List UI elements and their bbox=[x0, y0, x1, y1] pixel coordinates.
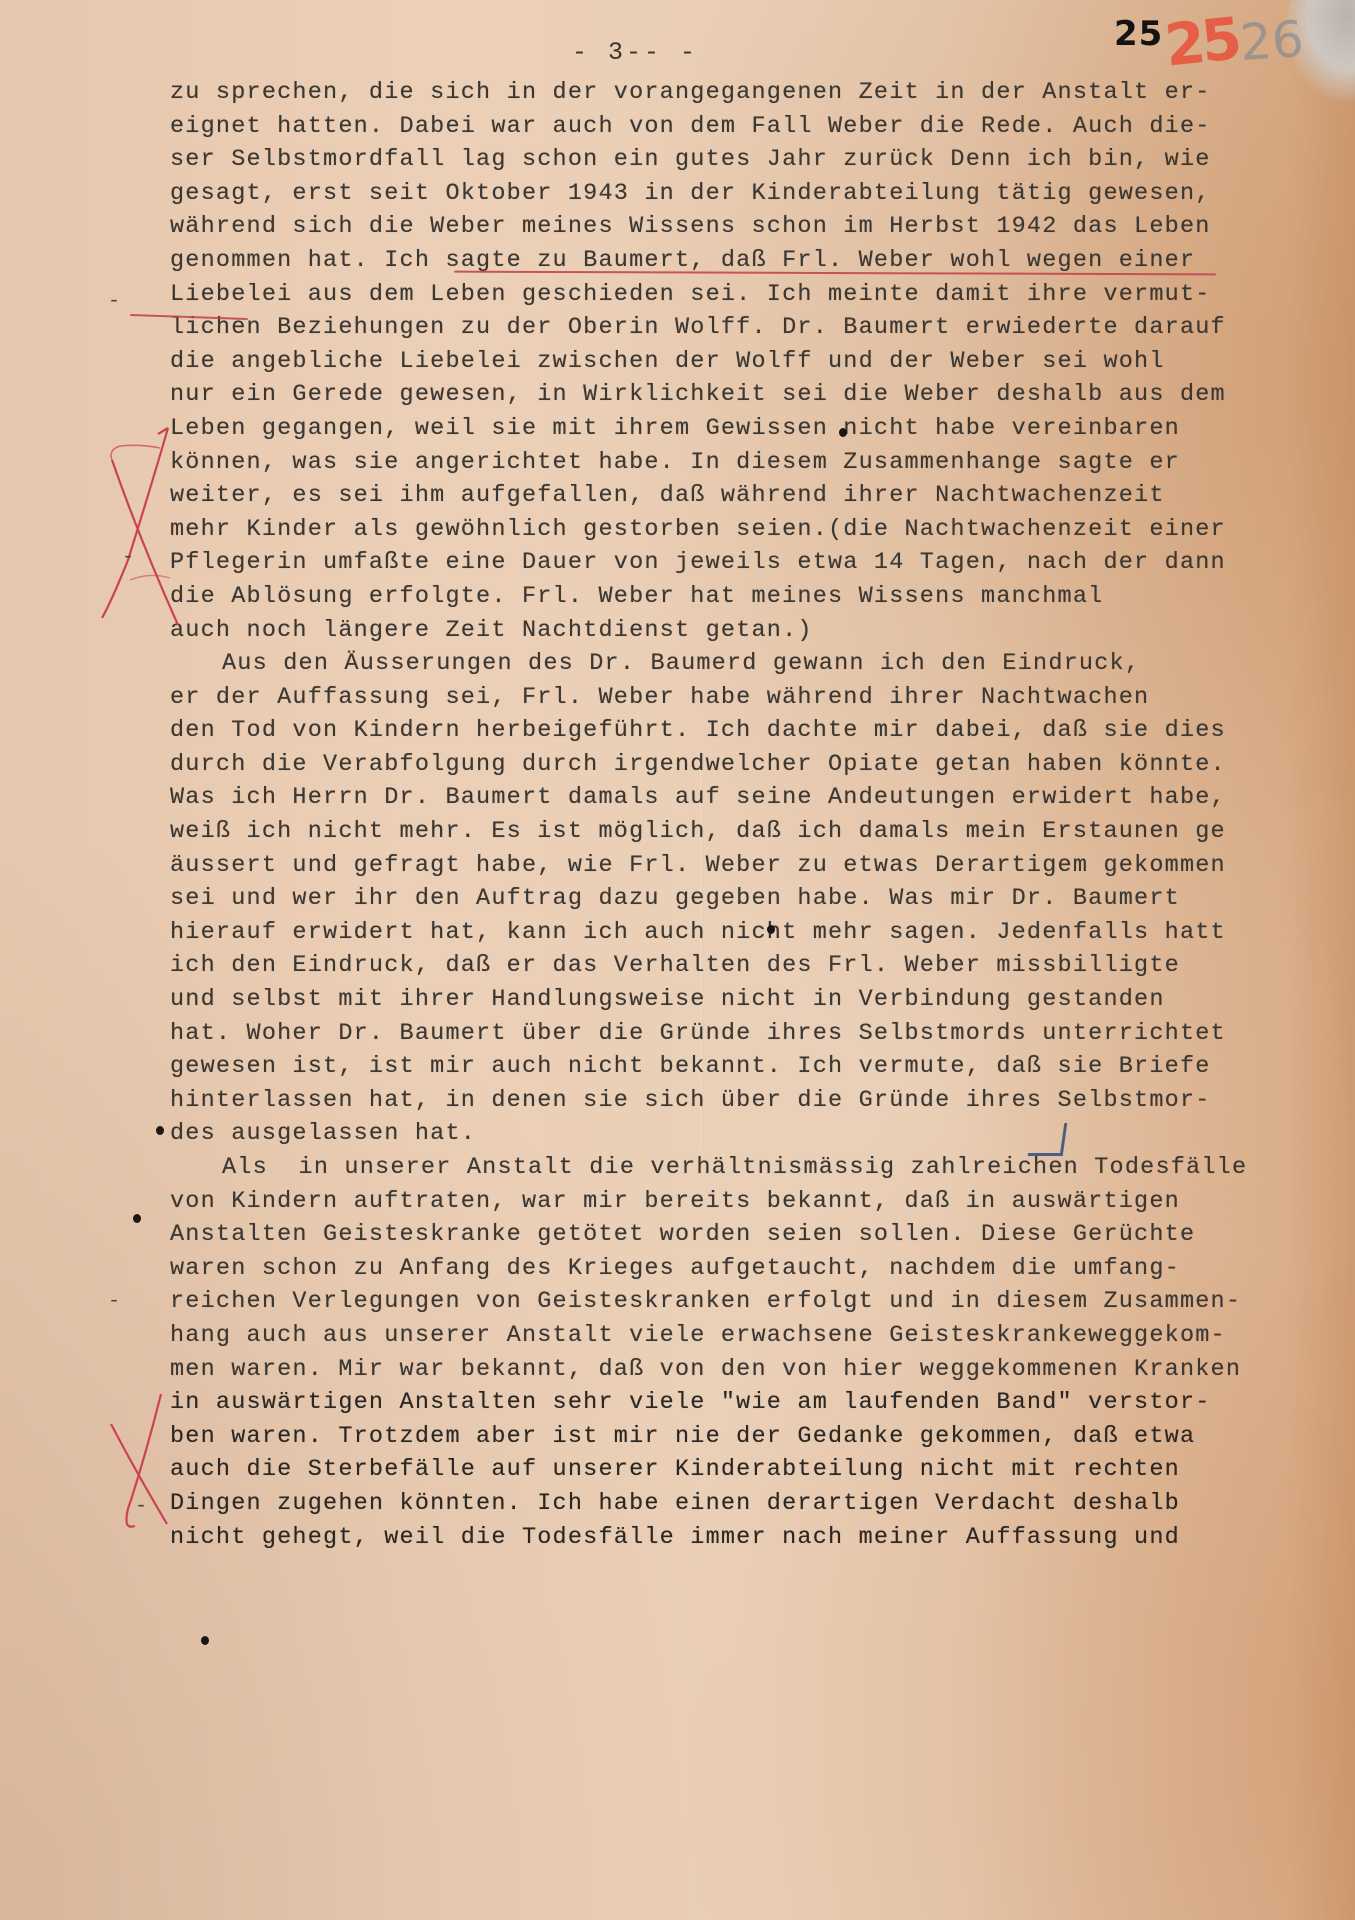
text-line: eignet hatten. Dabei war auch von dem Fa… bbox=[170, 110, 1350, 144]
text-line: von Kindern auftraten, war mir bereits b… bbox=[170, 1185, 1350, 1219]
red-cross-mark-icon bbox=[90, 420, 180, 630]
text-line: Dingen zugehen könnten. Ich habe einen d… bbox=[170, 1487, 1350, 1521]
ink-blot bbox=[201, 1636, 209, 1645]
text-line: nur ein Gerede gewesen, in Wirklichkeit … bbox=[170, 378, 1350, 412]
gray-handwritten-mark: 26 bbox=[1238, 10, 1306, 72]
text-line: Leben gegangen, weil sie mit ihrem Gewis… bbox=[170, 412, 1350, 446]
text-line: die angebliche Liebelei zwischen der Wol… bbox=[170, 345, 1350, 379]
text-line: gewesen ist, ist mir auch nicht bekannt.… bbox=[170, 1050, 1350, 1084]
blue-bracket-annotation bbox=[1028, 1123, 1068, 1156]
text-line: nicht gehegt, weil die Todesfälle immer … bbox=[170, 1521, 1350, 1555]
text-line: Anstalten Geisteskranke getötet worden s… bbox=[170, 1218, 1350, 1252]
text-line: auch die Sterbefälle auf unserer Kindera… bbox=[170, 1453, 1350, 1487]
text-line: den Tod von Kindern herbeigeführt. Ich d… bbox=[170, 714, 1350, 748]
archive-stamp-number: 25 bbox=[1114, 14, 1163, 54]
document-page: 25 25 26 - 3-- - zu sprechen, die sich i… bbox=[0, 0, 1355, 1920]
ink-blot bbox=[839, 428, 847, 437]
text-line: gesagt, erst seit Oktober 1943 in der Ki… bbox=[170, 177, 1350, 211]
text-line: während sich die Weber meines Wissens sc… bbox=[170, 210, 1350, 244]
text-line: hierauf erwidert hat, kann ich auch nich… bbox=[170, 916, 1350, 950]
text-line: ser Selbstmordfall lag schon ein gutes J… bbox=[170, 143, 1350, 177]
text-line: hinterlassen hat, in denen sie sich über… bbox=[170, 1084, 1350, 1118]
text-line: zu sprechen, die sich in der vorangegang… bbox=[170, 76, 1350, 110]
text-line: weiter, es sei ihm aufgefallen, daß währ… bbox=[170, 479, 1350, 513]
text-line: ich den Eindruck, daß er das Verhalten d… bbox=[170, 949, 1350, 983]
text-line: in auswärtigen Anstalten sehr viele "wie… bbox=[170, 1386, 1350, 1420]
text-line: lichen Beziehungen zu der Oberin Wolff. … bbox=[170, 311, 1350, 345]
margin-dash: - bbox=[122, 546, 134, 569]
ink-blot bbox=[156, 1126, 164, 1135]
margin-dash: - bbox=[135, 1495, 147, 1518]
text-line-paragraph-start: Als in unserer Anstalt die verhältnismäs… bbox=[170, 1151, 1350, 1185]
text-line: Liebelei aus dem Leben geschieden sei. I… bbox=[170, 278, 1350, 312]
margin-dash: - bbox=[108, 1290, 120, 1313]
text-line: sei und wer ihr den Auftrag dazu gegeben… bbox=[170, 882, 1350, 916]
text-line: äussert und gefragt habe, wie Frl. Weber… bbox=[170, 849, 1350, 883]
text-line: Pflegerin umfaßte eine Dauer von jeweils… bbox=[170, 546, 1350, 580]
margin-dash: - bbox=[108, 290, 120, 313]
text-line: auch noch längere Zeit Nachtdienst getan… bbox=[170, 614, 1350, 648]
red-handwritten-number: 25 bbox=[1162, 4, 1241, 79]
ink-blot bbox=[767, 925, 775, 934]
text-line: er der Auffassung sei, Frl. Weber habe w… bbox=[170, 681, 1350, 715]
page-number: - 3-- - bbox=[572, 38, 698, 67]
text-line: durch die Verabfolgung durch irgendwelch… bbox=[170, 748, 1350, 782]
text-line-paragraph-start: Aus den Äusserungen des Dr. Baumerd gewa… bbox=[170, 647, 1350, 681]
text-line: weiß ich nicht mehr. Es ist möglich, daß… bbox=[170, 815, 1350, 849]
text-line: des ausgelassen hat. bbox=[170, 1117, 1350, 1151]
text-line: können, was sie angerichtet habe. In die… bbox=[170, 446, 1350, 480]
text-line: hang auch aus unserer Anstalt viele erwa… bbox=[170, 1319, 1350, 1353]
text-line: die Ablösung erfolgte. Frl. Weber hat me… bbox=[170, 580, 1350, 614]
text-line: Was ich Herrn Dr. Baumert damals auf sei… bbox=[170, 781, 1350, 815]
text-line: men waren. Mir war bekannt, daß von den … bbox=[170, 1353, 1350, 1387]
text-line: mehr Kinder als gewöhnlich gestorben sei… bbox=[170, 513, 1350, 547]
text-line: reichen Verlegungen von Geisteskranken e… bbox=[170, 1285, 1350, 1319]
text-line: hat. Woher Dr. Baumert über die Gründe i… bbox=[170, 1017, 1350, 1051]
text-line: und selbst mit ihrer Handlungsweise nich… bbox=[170, 983, 1350, 1017]
ink-blot bbox=[133, 1214, 141, 1223]
typewritten-body: zu sprechen, die sich in der vorangegang… bbox=[170, 76, 1350, 1554]
text-line: ben waren. Trotzdem aber ist mir nie der… bbox=[170, 1420, 1350, 1454]
text-line: waren schon zu Anfang des Krieges aufget… bbox=[170, 1252, 1350, 1286]
